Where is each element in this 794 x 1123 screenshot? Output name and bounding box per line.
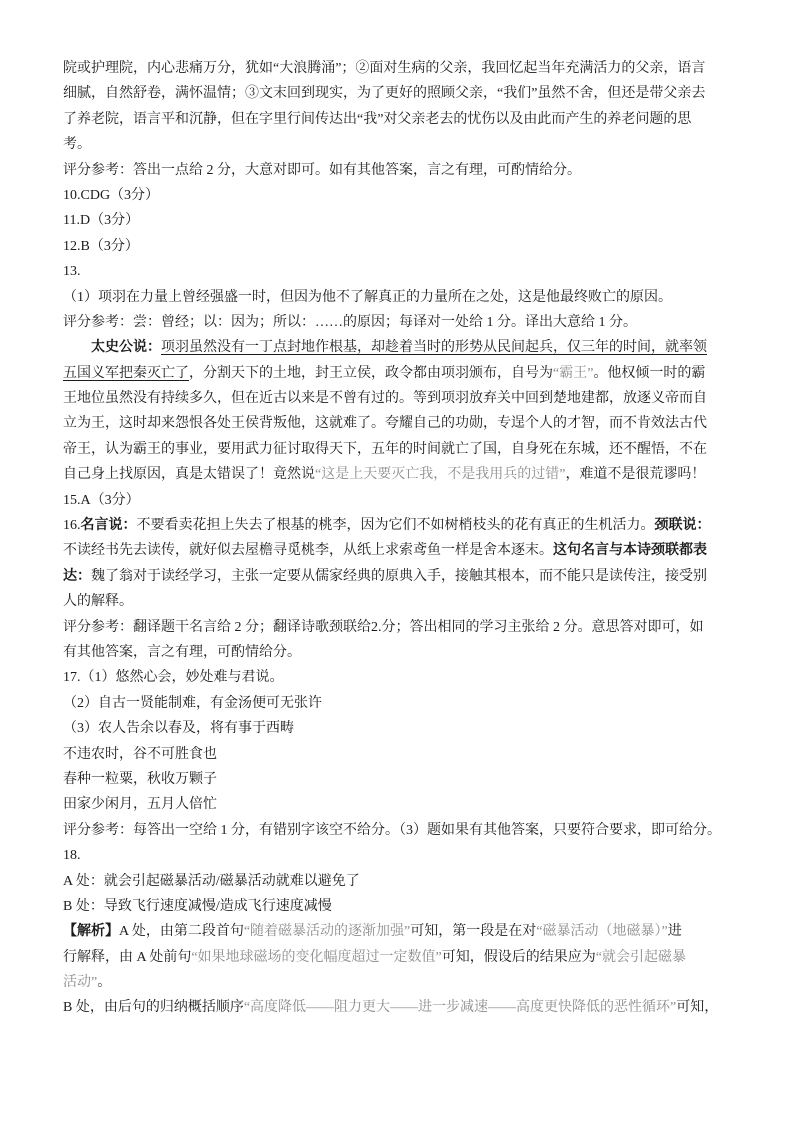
text-segment: 行解释，由 A 处前句 — [63, 950, 191, 965]
text-segment: 春种一粒粟，秋收万颗子 — [63, 772, 217, 787]
text-segment: “就会引起磁暴 — [596, 950, 686, 965]
text-line: B 处，由后句的归纳概括顺序“高度降低——阻力更大——进一步减速——高度更快降低… — [63, 995, 739, 1020]
text-segment: 可知，第一段是在对 — [410, 924, 536, 939]
text-segment: 名言说： — [81, 518, 137, 533]
text-segment: 不读经书先去读传，就好似去屋檐寻觅桃李，从纸上求索鸢鱼一样是舍本逐末。 — [63, 543, 553, 558]
text-segment: 人的解释。 — [63, 594, 133, 609]
text-line: 院或护理院，内心悲痛万分，犹如“大浪腾涌”；②面对生病的父亲，我回忆起当年充满活… — [63, 56, 739, 81]
text-segment: 15.A（3分） — [63, 493, 140, 508]
text-segment: B 处：导致飞行速度减慢/造成飞行速度减慢 — [63, 899, 332, 914]
text-segment: ，难道不是很荒谬吗！ — [565, 467, 705, 482]
text-segment: 帝王，认为霸王的事业，要用武力征讨取得天下，五年的时间就亡了国，自身死在东城，还… — [63, 442, 707, 457]
text-segment: B 处，由后句的归纳概括顺序 — [63, 1000, 244, 1015]
text-line: 考。 — [63, 132, 739, 157]
text-line: B 处：导致飞行速度减慢/造成飞行速度减慢 — [63, 894, 739, 919]
text-line: 11.D（3分） — [63, 208, 739, 233]
text-line: 立为王，这时却来怨恨各处王侯背叛他，这就难了。夸耀自己的功勋，专逞个人的才智，而… — [63, 411, 739, 436]
text-segment: ，分割天下的土地，封王立侯，政令都由项羽颁布，自号为 — [189, 366, 553, 381]
text-line: 评分参考：答出一点给 2 分，大意对即可。如有其他答案，言之有理，可酌情给分。 — [63, 158, 739, 183]
text-segment: （2）自古一贤能制难，有金汤便可无张许 — [63, 696, 322, 711]
text-line: 【解析】A 处，由第二段首句“随着磁暴活动的逐渐加强”可知，第一段是在对“磁暴活… — [63, 919, 739, 944]
text-segment: “高度降低——阻力更大——进一步减速——高度更快降低的恶性循环” — [244, 1000, 676, 1015]
text-line: 太史公说：项羽虽然没有一丁点封地作根基，却趁着当时的形势从民间起兵，仅三年的时间… — [63, 335, 739, 360]
text-line: 帝王，认为霸王的事业，要用武力征讨取得天下，五年的时间就亡了国，自身死在东城，还… — [63, 437, 739, 462]
text-line: 不违农时，谷不可胜食也 — [63, 742, 739, 767]
text-segment: 可知， — [676, 1000, 718, 1015]
text-segment: 田家少闲月，五月人倍忙 — [63, 797, 217, 812]
text-segment: A 处：就会引起磁暴活动/磁暴活动就难以避免了 — [63, 874, 360, 889]
text-line: 活动”。 — [63, 970, 739, 995]
text-line: 达：魏了翁对于读经学习，主张一定要从儒家经典的原典入手，接触其根本，而不能只是读… — [63, 564, 739, 589]
text-segment: 不要看卖花担上失去了根基的桃李，因为它们不如树梢枝头的花有真正的生机活力。 — [137, 518, 655, 533]
text-segment: 立为王，这时却来怨恨各处王侯背叛他，这就难了。夸耀自己的功勋，专逞个人的才智，而… — [63, 416, 707, 431]
text-segment: 16. — [63, 518, 81, 533]
text-segment: 17.（1）悠然心会，妙处难与君说。 — [63, 670, 284, 685]
text-line: 春种一粒粟，秋收万颗子 — [63, 767, 739, 792]
text-segment: 11.D（3分） — [63, 213, 139, 228]
text-segment: 这句名言与本诗颈联都表 — [553, 543, 707, 558]
text-segment: A 处，由第二段首句 — [119, 924, 244, 939]
text-segment: 细腻，自然舒卷，满怀温情；③文末回到现实，为了更好的照顾父亲，“我们”虽然不舍，… — [63, 86, 705, 101]
text-segment: 魏了翁对于读经学习，主张一定要从儒家经典的原典入手，接触其根本，而不能只是读传注… — [91, 569, 707, 584]
text-segment: 可知，假设后的结果应为 — [442, 950, 596, 965]
text-line: 有其他答案，言之有理，可酌情给分。 — [63, 640, 739, 665]
text-segment: 评分参考：尝：曾经；以：因为；所以：……的原因；每译对一处给 1 分。译出大意给… — [63, 315, 637, 330]
text-line: （3）农人告余以春及，将有事于西畴 — [63, 716, 739, 741]
text-segment: “随着磁暴活动的逐渐加强” — [244, 924, 410, 939]
text-segment: 了养老院，语言平和沉静，但在字里行间传达出“我”对父亲老去的忧伤以及由此而产生的… — [63, 112, 691, 127]
text-line: 16.名言说：不要看卖花担上失去了根基的桃李，因为它们不如树梢枝头的花有真正的生… — [63, 513, 739, 538]
text-line: 不读经书先去读传，就好似去屋檐寻觅桃李，从纸上求索鸢鱼一样是舍本逐末。这句名言与… — [63, 538, 739, 563]
text-segment: 10.CDG（3分） — [63, 188, 159, 203]
text-line: 10.CDG（3分） — [63, 183, 739, 208]
text-line: 18. — [63, 843, 739, 868]
text-line: 自己身上找原因，真是太错误了！竟然说“这是上天要灭亡我，不是我用兵的过错”，难道… — [63, 462, 739, 487]
text-segment: 12.B（3分） — [63, 239, 139, 254]
text-segment: “霸王” — [553, 366, 593, 381]
text-segment: 活动” — [63, 975, 97, 990]
text-segment: “这是上天要灭亡我，不是我用兵的过错” — [315, 467, 565, 482]
text-line: 五国义军把秦灭亡了，分割天下的土地，封王立侯，政令都由项羽颁布，自号为“霸王”。… — [63, 361, 739, 386]
text-segment: （1）项羽在力量上曾经强盛一时，但因为他不了解真正的力量所在之处，这是他最终败亡… — [63, 290, 672, 305]
text-segment: 有其他答案，言之有理，可酌情给分。 — [63, 645, 301, 660]
text-segment: 太史公说： — [91, 340, 161, 355]
text-segment: 考。 — [63, 137, 91, 152]
text-segment: 项羽虽然没有一丁点封地作根基，却趁着当时的形势从民间起兵，仅三年的时间，就率领 — [161, 340, 707, 355]
text-segment: 五国义军把秦灭亡了 — [63, 366, 189, 381]
text-line: 评分参考：翻译题干名言给 2 分；翻译诗歌颈联给2.分；答出相同的学习主张给 2… — [63, 615, 739, 640]
text-segment: 进 — [668, 924, 682, 939]
text-segment: 评分参考：每答出一空给 1 分，有错别字该空不给分。（3）题如果有其他答案，只要… — [63, 823, 721, 838]
text-line: 王地位虽然没有持续多久，但在近古以来是不曾有过的。等到项羽放弃关中回到楚地建都，… — [63, 386, 739, 411]
text-segment: 。 — [97, 975, 111, 990]
text-line: 15.A（3分） — [63, 488, 739, 513]
text-line: 13. — [63, 259, 739, 284]
text-segment: （3）农人告余以春及，将有事于西畴 — [63, 721, 294, 736]
text-segment: 13. — [63, 264, 81, 279]
text-segment: 。他权倾一时的霸 — [593, 366, 705, 381]
text-line: 评分参考：每答出一空给 1 分，有错别字该空不给分。（3）题如果有其他答案，只要… — [63, 818, 739, 843]
text-segment: 18. — [63, 848, 81, 863]
text-line: A 处：就会引起磁暴活动/磁暴活动就难以避免了 — [63, 869, 739, 894]
text-segment: 评分参考：答出一点给 2 分，大意对即可。如有其他答案，言之有理，可酌情给分。 — [63, 163, 581, 178]
text-line: 行解释，由 A 处前句“如果地球磁场的变化幅度超过一定数值”可知，假设后的结果应… — [63, 945, 739, 970]
text-line: 12.B（3分） — [63, 234, 739, 259]
text-line: 细腻，自然舒卷，满怀温情；③文末回到现实，为了更好的照顾父亲，“我们”虽然不舍，… — [63, 81, 739, 106]
text-segment: 不违农时，谷不可胜食也 — [63, 747, 217, 762]
text-line: 人的解释。 — [63, 589, 739, 614]
text-segment: 王地位虽然没有持续多久，但在近古以来是不曾有过的。等到项羽放弃关中回到楚地建都，… — [63, 391, 707, 406]
text-line: （1）项羽在力量上曾经强盛一时，但因为他不了解真正的力量所在之处，这是他最终败亡… — [63, 285, 739, 310]
answer-key-page: 院或护理院，内心悲痛万分，犹如“大浪腾涌”；②面对生病的父亲，我回忆起当年充满活… — [0, 0, 794, 1123]
text-segment: 颈联说： — [655, 518, 711, 533]
text-segment: 自己身上找原因，真是太错误了！竟然说 — [63, 467, 315, 482]
text-line: 田家少闲月，五月人倍忙 — [63, 792, 739, 817]
text-segment: 院或护理院，内心悲痛万分，犹如“大浪腾涌”；②面对生病的父亲，我回忆起当年充满活… — [63, 61, 705, 76]
text-segment: “磁暴活动（地磁暴）” — [536, 924, 667, 939]
text-segment: 达： — [63, 569, 91, 584]
text-line: 评分参考：尝：曾经；以：因为；所以：……的原因；每译对一处给 1 分。译出大意给… — [63, 310, 739, 335]
text-segment: “如果地球磁场的变化幅度超过一定数值” — [191, 950, 441, 965]
text-line: （2）自古一贤能制难，有金汤便可无张许 — [63, 691, 739, 716]
document-body: 院或护理院，内心悲痛万分，犹如“大浪腾涌”；②面对生病的父亲，我回忆起当年充满活… — [63, 56, 739, 1021]
text-segment: 评分参考：翻译题干名言给 2 分；翻译诗歌颈联给2.分；答出相同的学习主张给 2… — [63, 620, 704, 635]
text-line: 17.（1）悠然心会，妙处难与君说。 — [63, 665, 739, 690]
text-segment: 【解析】 — [63, 924, 119, 939]
text-line: 了养老院，语言平和沉静，但在字里行间传达出“我”对父亲老去的忧伤以及由此而产生的… — [63, 107, 739, 132]
